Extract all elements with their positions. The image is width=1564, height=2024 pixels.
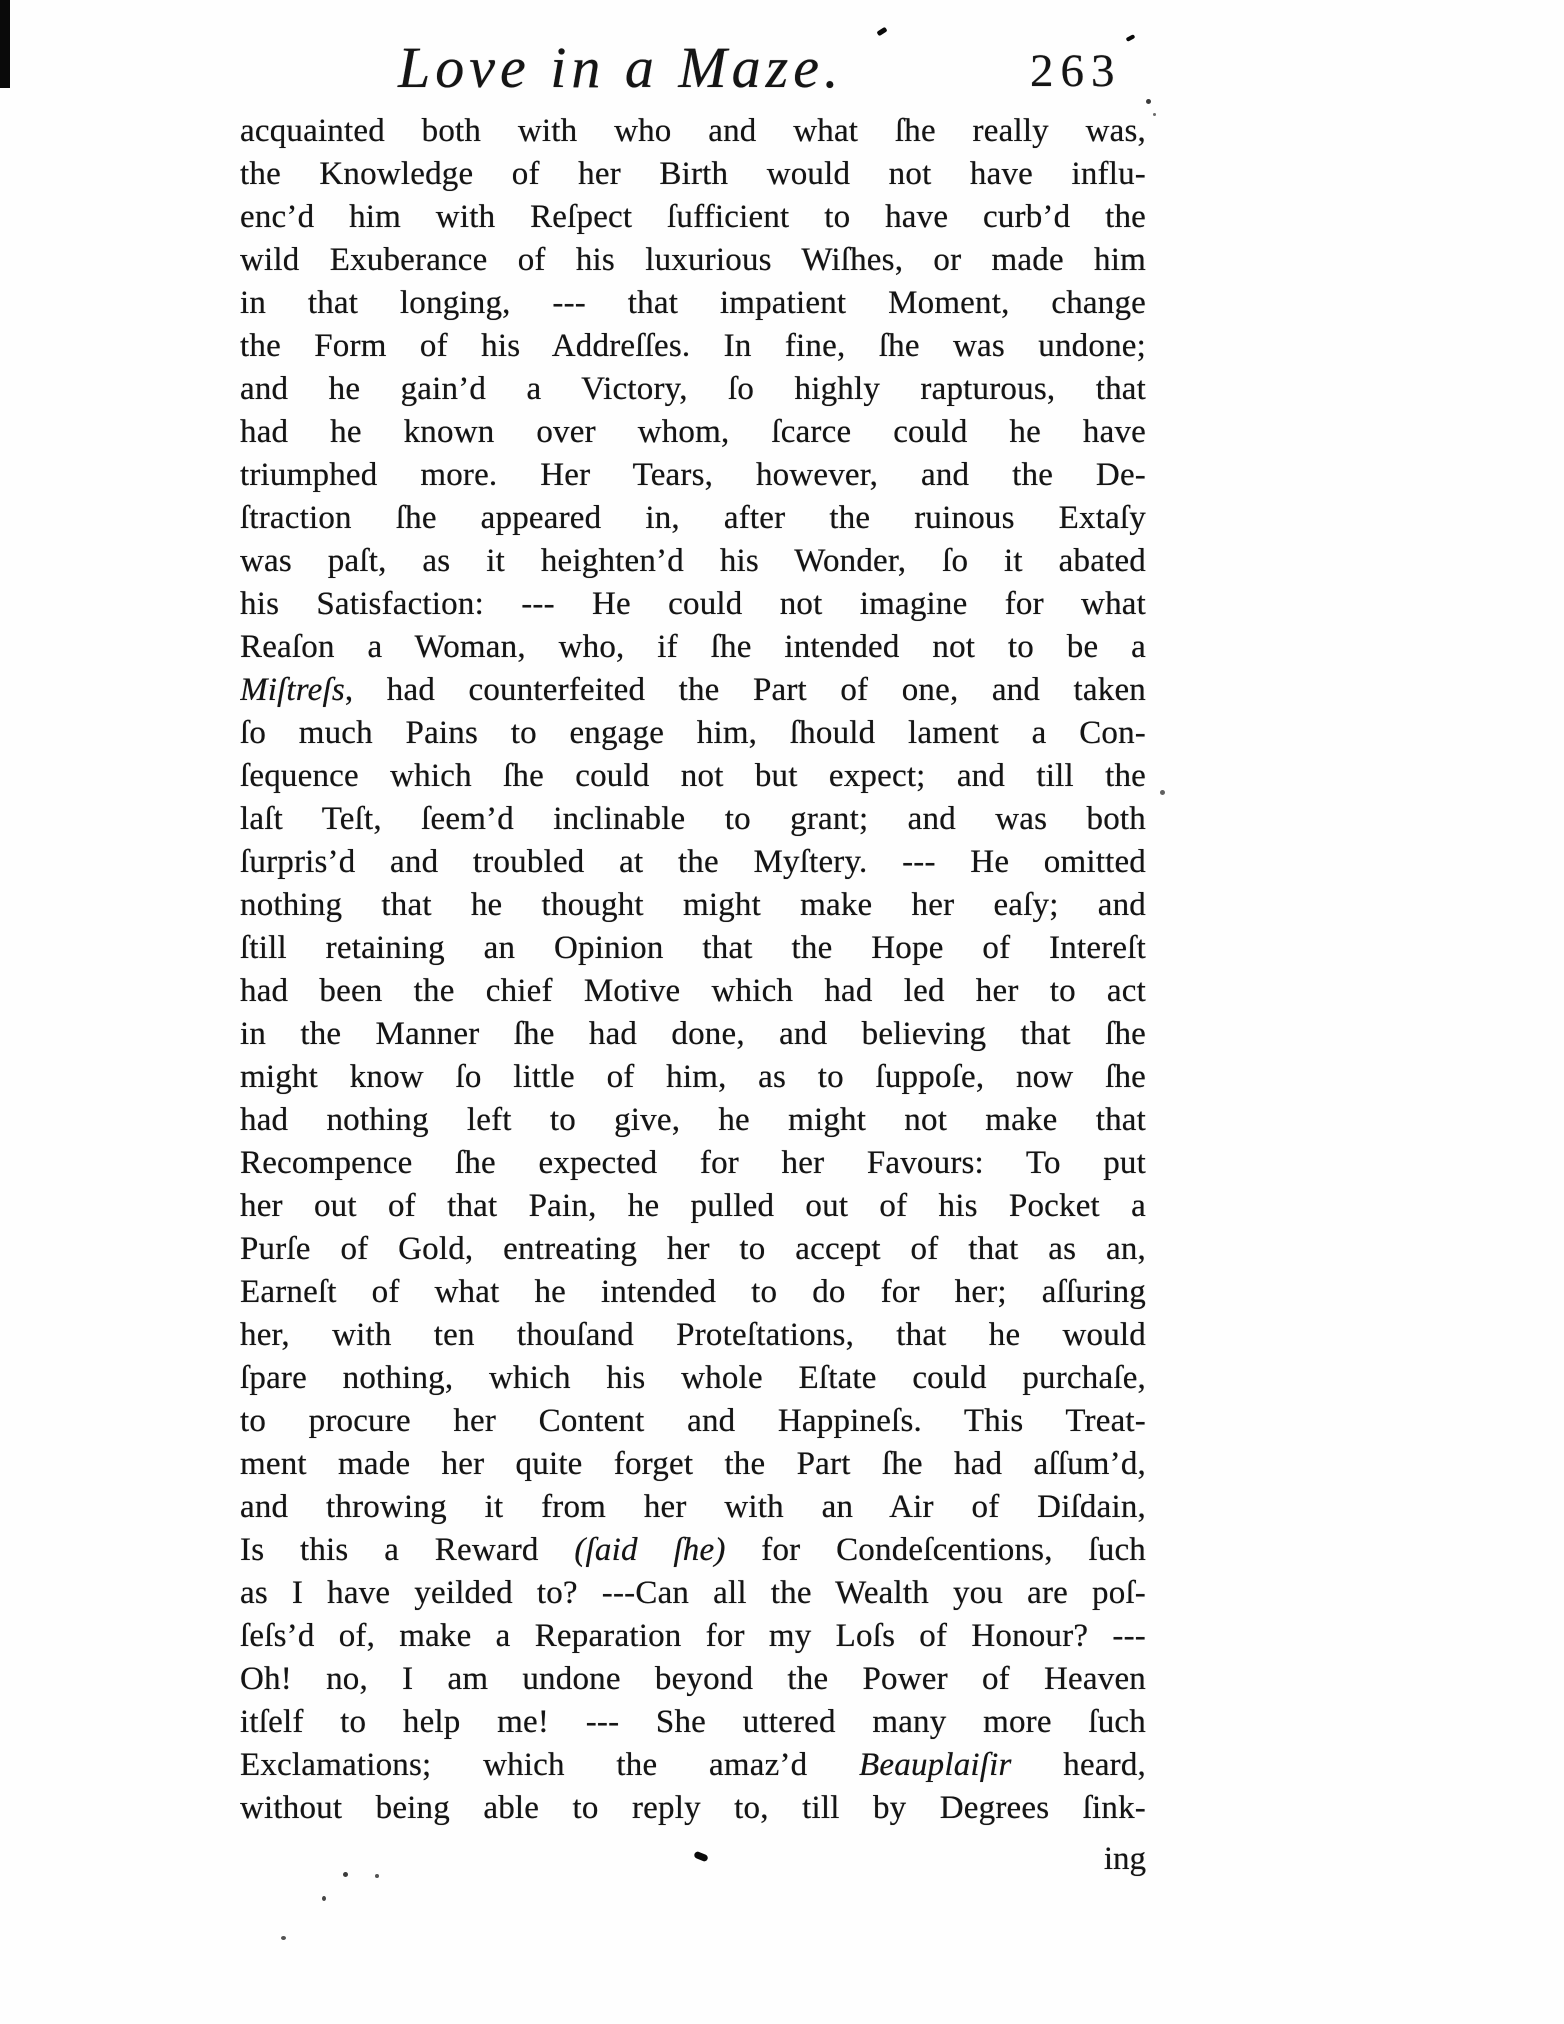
text-line: ſtill retaining an Opinion that the Hope… (240, 927, 1146, 970)
text-line: acquainted both with who and what ſhe re… (240, 110, 1146, 153)
text-line: in that longing, --- that impatient Mome… (240, 282, 1146, 325)
text-line: Is this a Reward (ſaid ſhe) for Condeſce… (240, 1529, 1146, 1572)
text-line: Purſe of Gold, entreating her to accept … (240, 1228, 1146, 1271)
text-line: ſeſs’d of, make a Reparation for my Loſs… (240, 1615, 1146, 1658)
scan-artifact-speck (343, 1872, 348, 1877)
page-number: 263 (1030, 44, 1122, 98)
book-page-scan: Love in a Maze. 263 acquainted both with… (0, 0, 1564, 2024)
running-header-title: Love in a Maze. (398, 34, 844, 101)
text-line: ſpare nothing, which his whole Eſtate co… (240, 1357, 1146, 1400)
scan-artifact-speck (375, 1874, 379, 1878)
text-line: his Satisfaction: --- He could not imagi… (240, 583, 1146, 626)
text-line: might know ſo little of him, as to ſuppo… (240, 1056, 1146, 1099)
text-line: ment made her quite forget the Part ſhe … (240, 1443, 1146, 1486)
text-line: Exclamations; which the amaz’d Beauplaiſ… (240, 1744, 1146, 1787)
text-line: enc’d him with Reſpect ſufficient to hav… (240, 196, 1146, 239)
scan-artifact-speck (322, 1896, 326, 1901)
scan-artifact-dot (1146, 99, 1151, 104)
text-line: Earneſt of what he intended to do for he… (240, 1271, 1146, 1314)
text-line: Reaſon a Woman, who, if ſhe intended not… (240, 626, 1146, 669)
text-line: was paſt, as it heighten’d his Wonder, ſ… (240, 540, 1146, 583)
text-line: ſo much Pains to engage him, ſhould lame… (240, 712, 1146, 755)
text-line: ſtraction ſhe appeared in, after the rui… (240, 497, 1146, 540)
text-line: without being able to reply to, till by … (240, 1787, 1146, 1830)
text-line: her, with ten thouſand Proteſtations, th… (240, 1314, 1146, 1357)
text-line: wild Exuberance of his luxurious Wiſhes,… (240, 239, 1146, 282)
text-line: had been the chief Motive which had led … (240, 970, 1146, 1013)
text-line: laſt Teſt, ſeem’d inclinable to grant; a… (240, 798, 1146, 841)
text-line: the Form of his Addreſſes. In fine, ſhe … (240, 325, 1146, 368)
text-line: and he gain’d a Victory, ſo highly raptu… (240, 368, 1146, 411)
text-line: ſurpris’d and troubled at the Myſtery. -… (240, 841, 1146, 884)
text-line: the Knowledge of her Birth would not hav… (240, 153, 1146, 196)
scan-artifact-edge-bar (0, 0, 10, 88)
text-line: and throwing it from her with an Air of … (240, 1486, 1146, 1529)
text-line: itſelf to help me! --- She uttered many … (240, 1701, 1146, 1744)
text-line: had he known over whom, ſcarce could he … (240, 411, 1146, 454)
body-text-block: acquainted both with who and what ſhe re… (240, 110, 1146, 1830)
scan-artifact-tick (1126, 34, 1136, 42)
text-line: nothing that he thought might make her e… (240, 884, 1146, 927)
text-line: Miſtreſs, had counterfeited the Part of … (240, 669, 1146, 712)
text-line: to procure her Content and Happineſs. Th… (240, 1400, 1146, 1443)
text-line: had nothing left to give, he might not m… (240, 1099, 1146, 1142)
text-line: Oh! no, I am undone beyond the Power of … (240, 1658, 1146, 1701)
text-line: Recompence ſhe expected for her Favours:… (240, 1142, 1146, 1185)
scan-artifact-tick (876, 27, 887, 37)
text-line: triumphed more. Her Tears, however, and … (240, 454, 1146, 497)
scan-artifact-dot (1153, 113, 1156, 116)
text-line: her out of that Pain, he pulled out of h… (240, 1185, 1146, 1228)
text-line: ſequence which ſhe could not but expect;… (240, 755, 1146, 798)
text-line: in the Manner ſhe had done, and believin… (240, 1013, 1146, 1056)
text-line: as I have yeilded to? ---Can all the Wea… (240, 1572, 1146, 1615)
scan-artifact-dot (1160, 790, 1165, 795)
scan-artifact-speck (281, 1936, 286, 1940)
